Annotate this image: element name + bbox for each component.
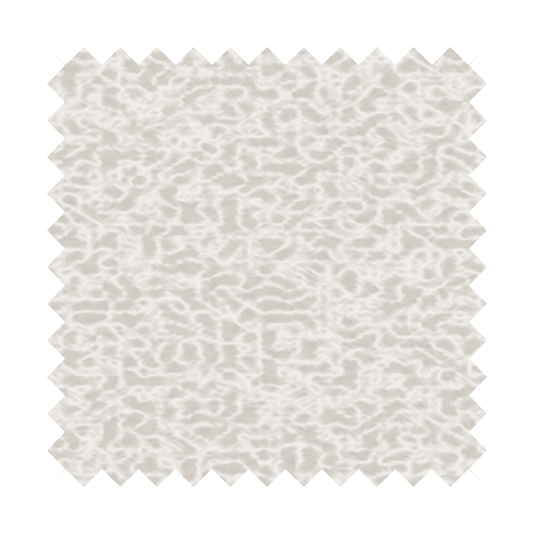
boucle-texture xyxy=(40,40,493,493)
fabric-swatch xyxy=(0,0,533,533)
product-image xyxy=(0,0,533,533)
